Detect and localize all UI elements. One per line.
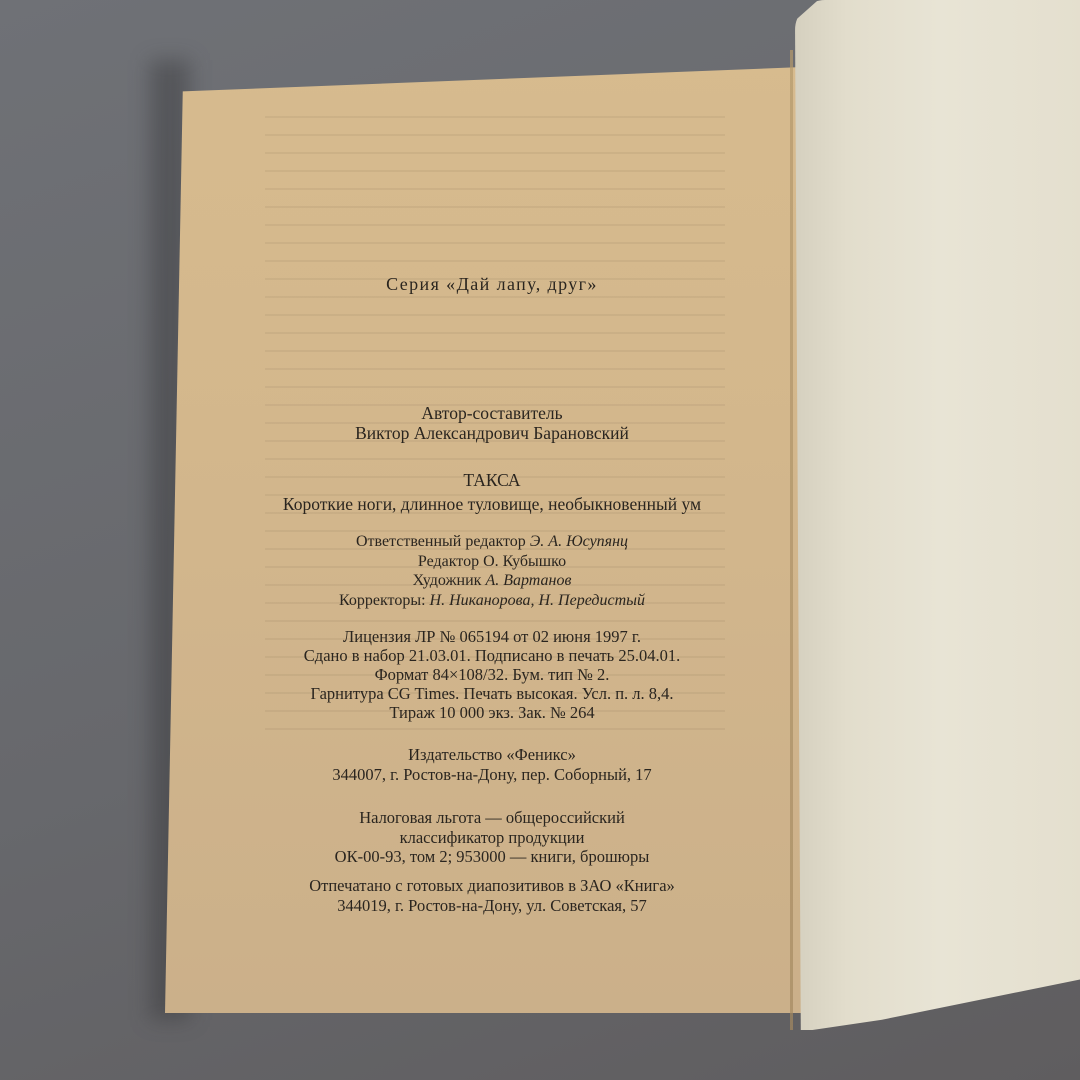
artist-label: Художник <box>413 572 482 589</box>
staff-credits: Ответственный редактор Э. А. Юсупянц Ред… <box>182 532 802 610</box>
artist-line: Художник А. Вартанов <box>182 571 802 591</box>
right-page <box>795 0 1080 1030</box>
format-line: Формат 84×108/32. Бум. тип № 2. <box>182 665 802 684</box>
series-line: Серия «Дай лапу, друг» <box>182 274 802 294</box>
author-name: Виктор Александрович Барановский <box>182 423 802 443</box>
publisher-name: Издательство «Феникс» <box>182 745 802 765</box>
managing-editor-line: Ответственный редактор Э. А. Юсупянц <box>182 532 802 552</box>
technical-data: Лицензия ЛР № 065194 от 02 июня 1997 г. … <box>182 627 802 722</box>
proofreaders-names: Н. Никанорова, Н. Передистый <box>430 592 645 609</box>
author-role: Автор-составитель <box>182 403 802 423</box>
series-text: Серия «Дай лапу, друг» <box>182 274 802 294</box>
proofreaders-line: Корректоры: Н. Никанорова, Н. Передистый <box>182 591 802 611</box>
printer-address: 344019, г. Ростов-на-Дону, ул. Советская… <box>182 896 802 916</box>
print-run-line: Тираж 10 000 экз. Зак. № 264 <box>182 703 802 722</box>
publisher-block: Издательство «Феникс» 344007, г. Ростов-… <box>182 745 802 785</box>
tax-line-1: Налоговая льгота — общероссийский <box>182 808 802 828</box>
tax-block: Налоговая льгота — общероссийский класси… <box>182 808 802 867</box>
printer-name: Отпечатано с готовых диапозитивов в ЗАО … <box>182 876 802 896</box>
title-block: ТАКСА Короткие ноги, длинное туловище, н… <box>182 470 802 514</box>
typeface-line: Гарнитура CG Times. Печать высокая. Усл.… <box>182 684 802 703</box>
editor-line: Редактор О. Кубышко <box>182 552 802 572</box>
publisher-address: 344007, г. Ростов-на-Дону, пер. Соборный… <box>182 765 802 785</box>
tax-line-3: ОК-00-93, том 2; 953000 — книги, брошюры <box>182 847 802 867</box>
tax-line-2: классификатор продукции <box>182 828 802 848</box>
license-line: Лицензия ЛР № 065194 от 02 июня 1997 г. <box>182 627 802 646</box>
managing-editor-label: Ответственный редактор <box>356 533 526 550</box>
author-block: Автор-составитель Виктор Александрович Б… <box>182 403 802 443</box>
print-dates-line: Сдано в набор 21.03.01. Подписано в печа… <box>182 646 802 665</box>
proofreaders-label: Корректоры: <box>339 592 426 609</box>
book-title: ТАКСА <box>182 470 802 490</box>
printer-block: Отпечатано с готовых диапозитивов в ЗАО … <box>182 876 802 915</box>
managing-editor-name: Э. А. Юсупянц <box>530 533 628 550</box>
book-subtitle: Короткие ноги, длинное туловище, необыкн… <box>182 494 802 514</box>
artist-name: А. Вартанов <box>485 572 571 589</box>
